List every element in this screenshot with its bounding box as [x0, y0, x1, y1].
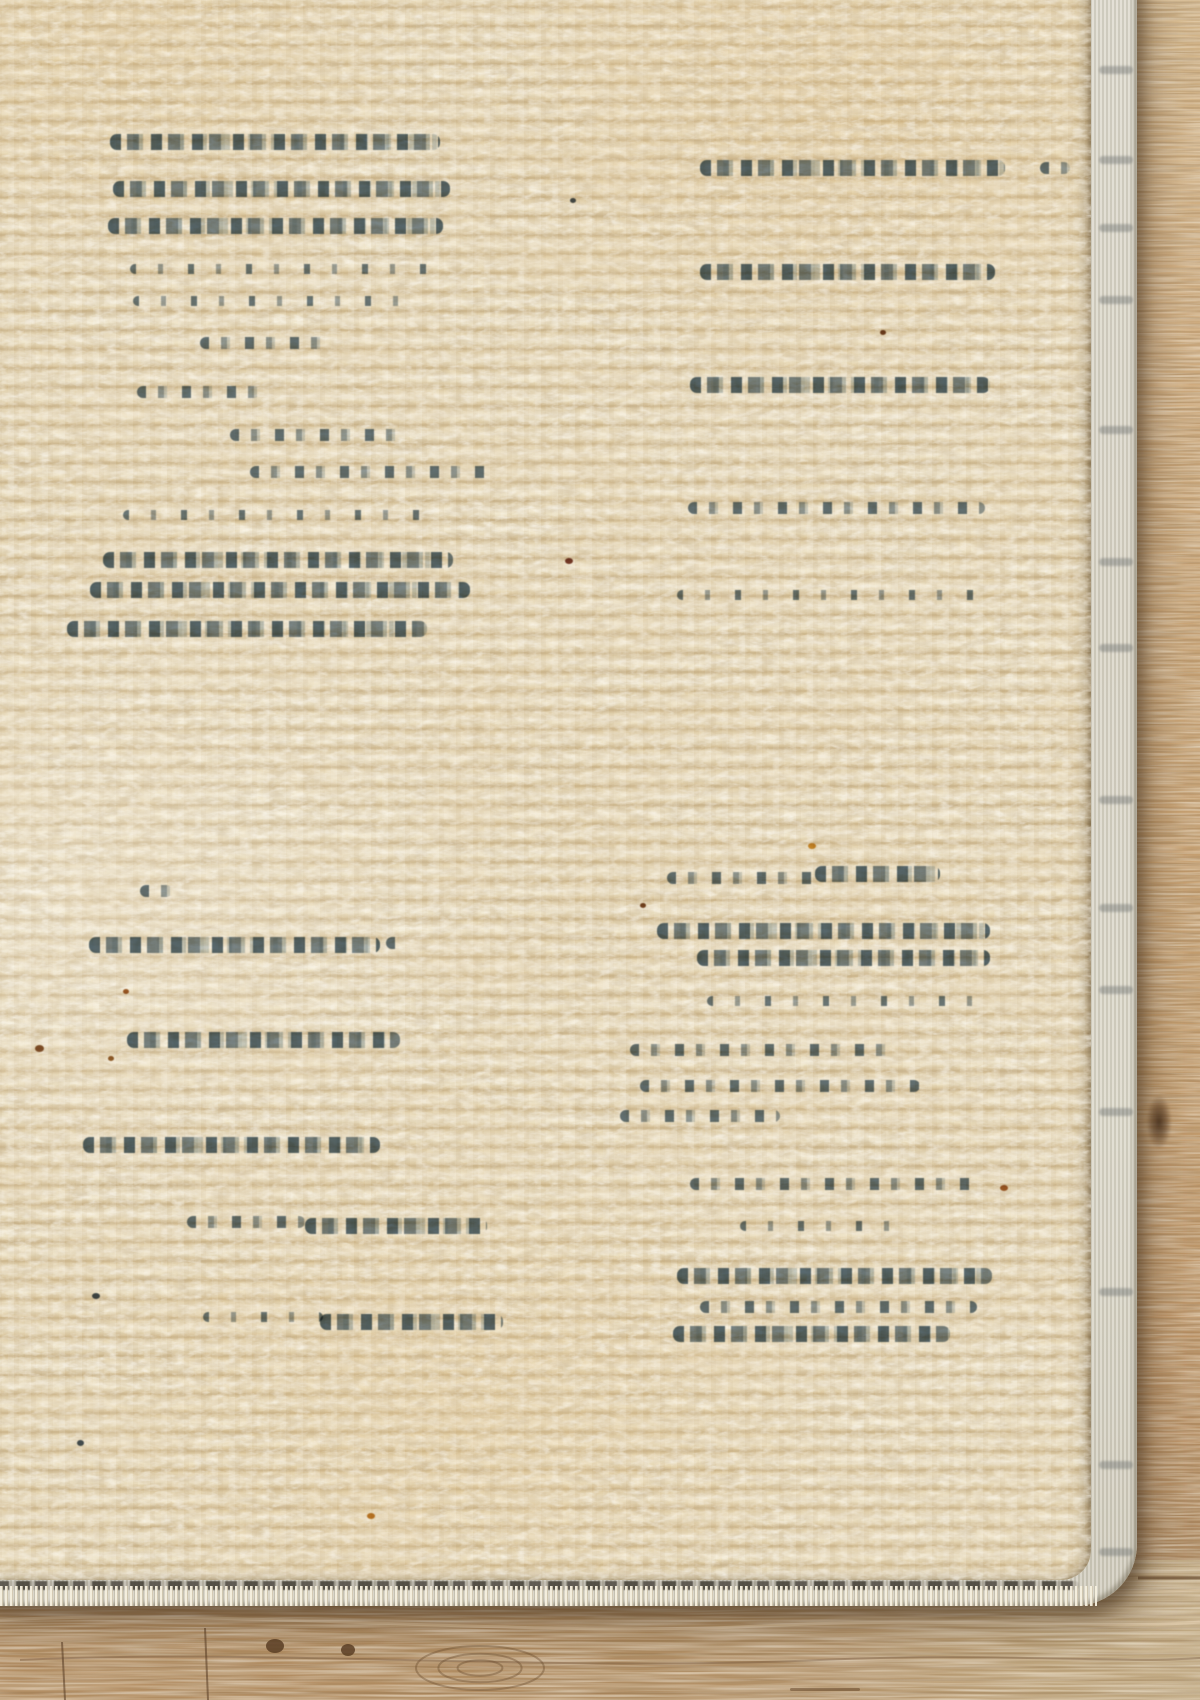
- color-fleck: [570, 198, 576, 203]
- color-fleck: [367, 1513, 375, 1519]
- color-fleck: [123, 989, 129, 994]
- rug-pile-face: [0, 0, 1091, 1580]
- rug-photo-scene: [0, 0, 1200, 1700]
- color-fleck-layer: [0, 0, 1091, 1580]
- color-fleck: [565, 558, 573, 564]
- wood-knot: [341, 1644, 355, 1656]
- wood-knot: [1146, 1095, 1172, 1149]
- color-fleck: [640, 903, 646, 908]
- color-fleck: [92, 1293, 100, 1299]
- color-fleck: [880, 330, 886, 335]
- color-fleck: [108, 1056, 114, 1061]
- wood-knot: [266, 1639, 284, 1653]
- color-fleck: [77, 1440, 84, 1446]
- wood-grain-dash: [790, 1688, 860, 1691]
- color-fleck: [35, 1045, 44, 1052]
- rug: [0, 0, 1137, 1606]
- rug-fringe: [0, 1586, 1097, 1606]
- color-fleck: [1000, 1185, 1008, 1191]
- color-fleck: [808, 843, 816, 849]
